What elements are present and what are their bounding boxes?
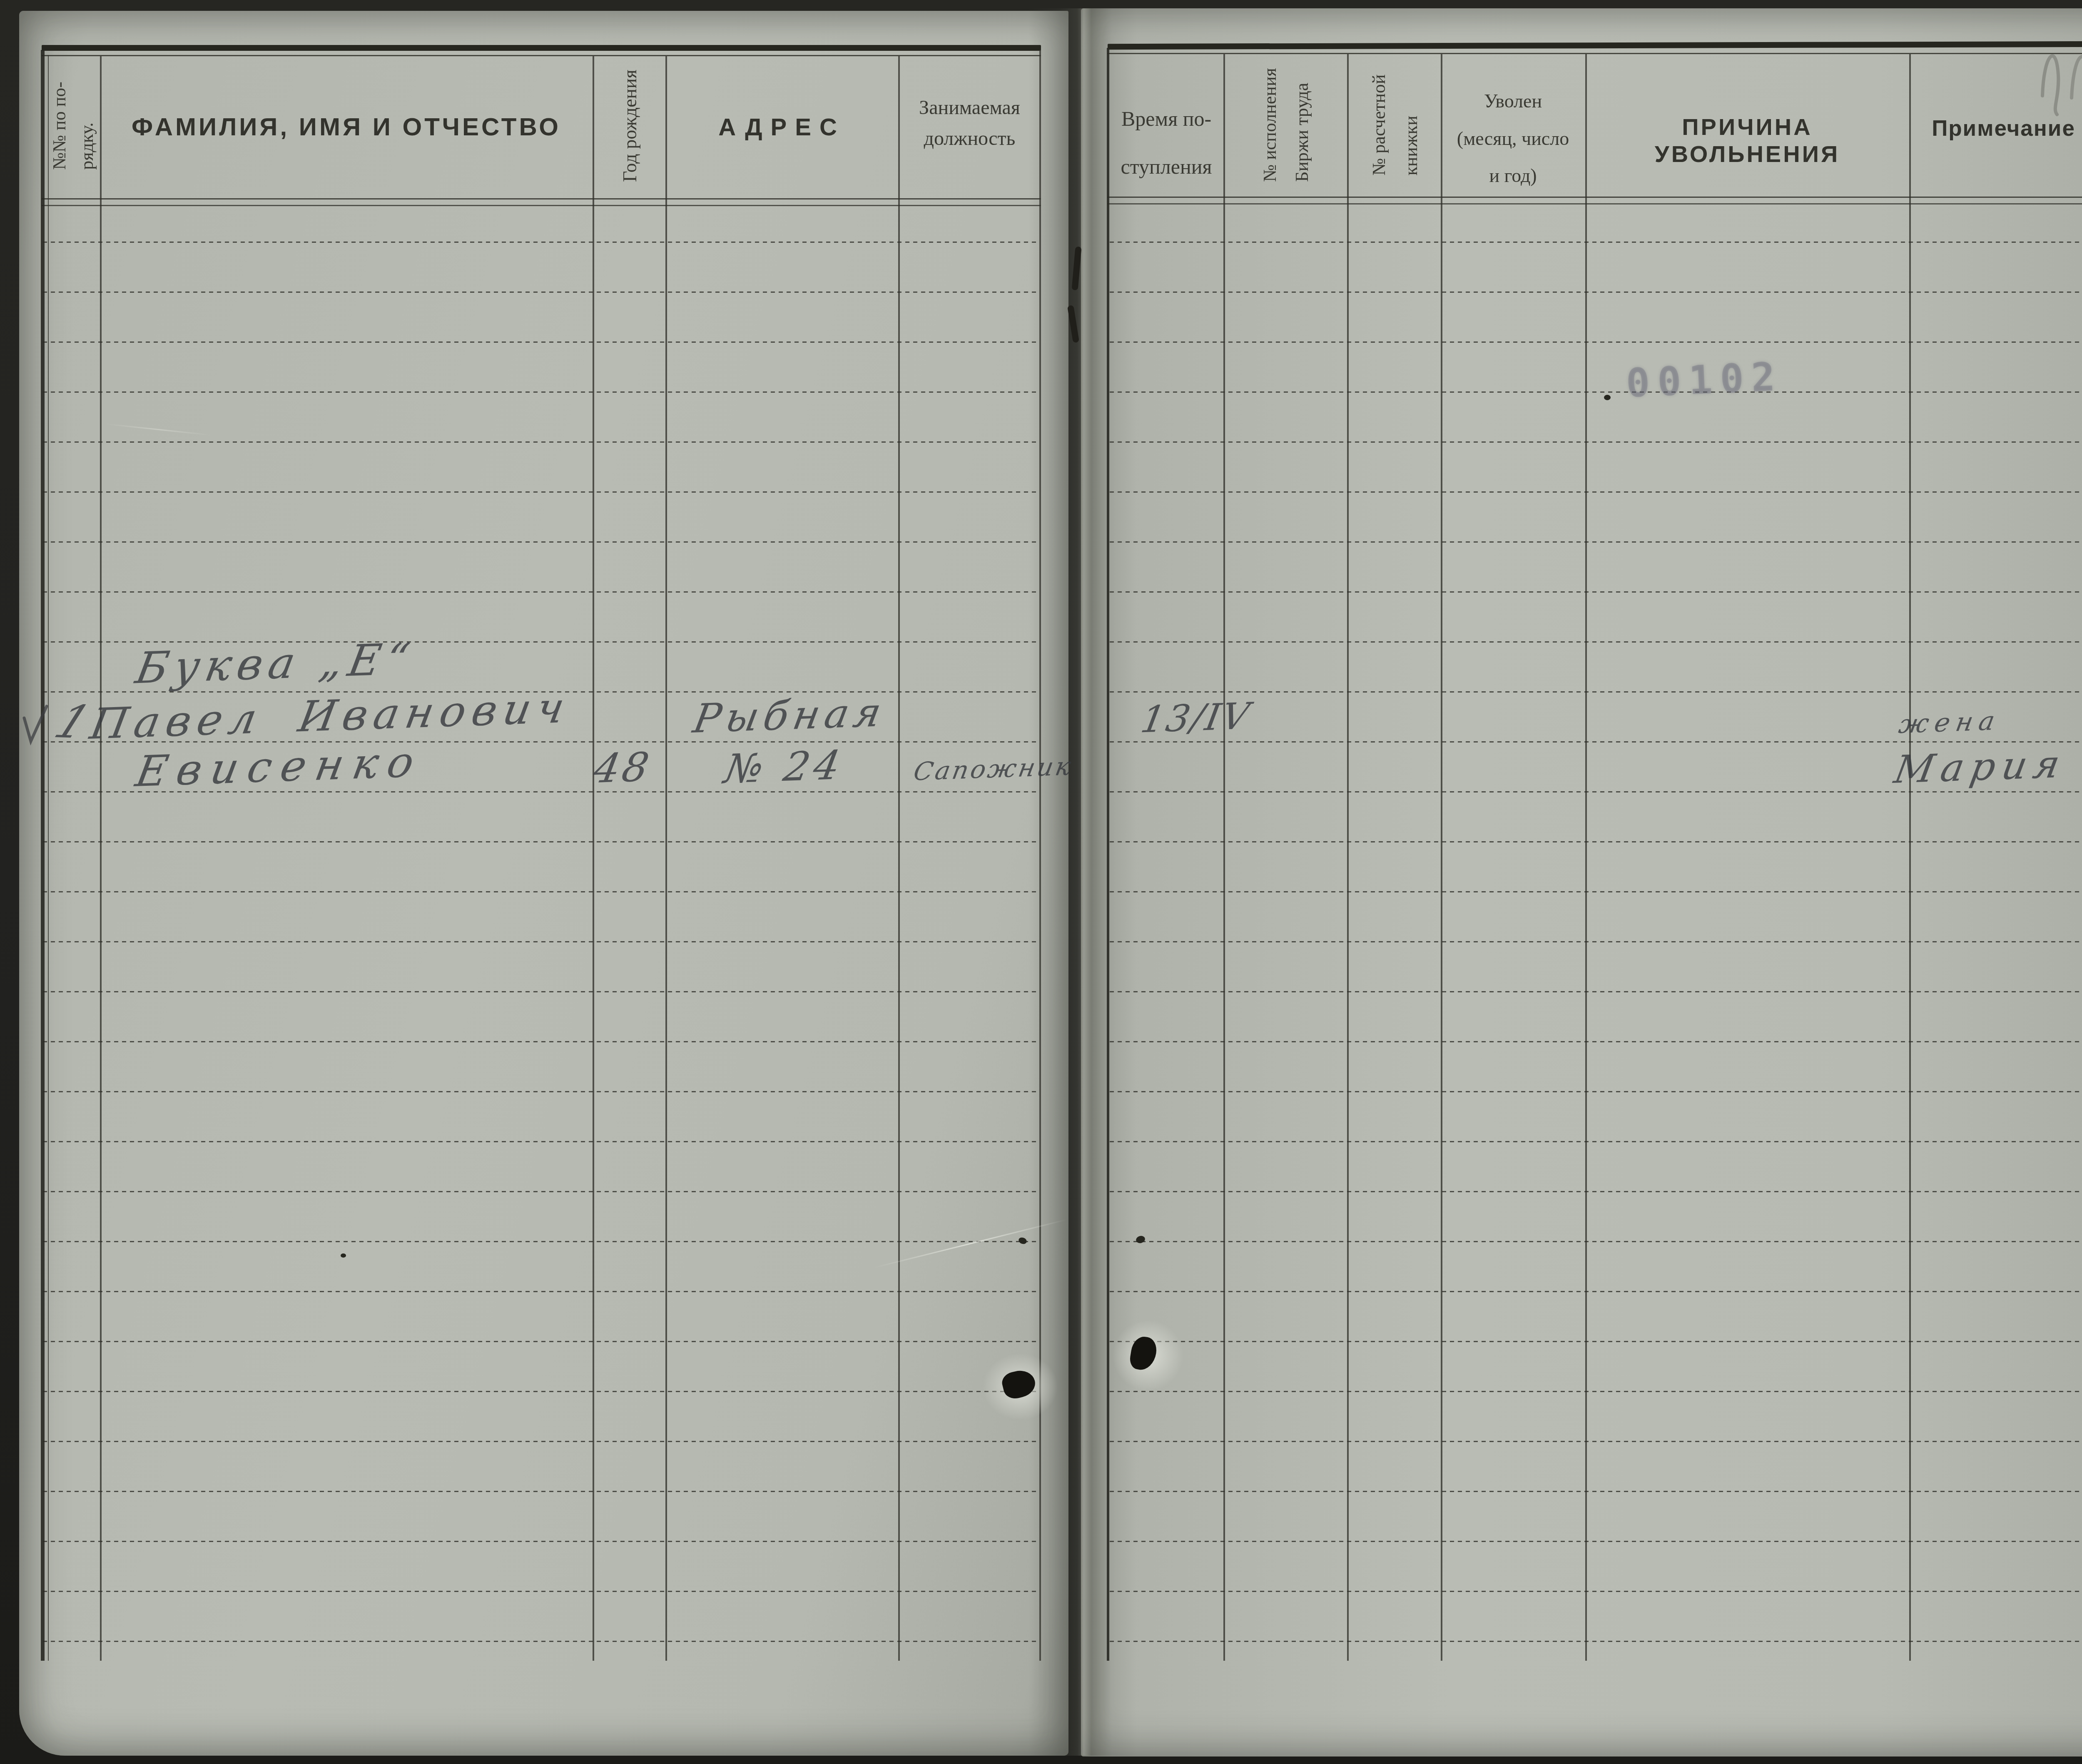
ink-speck-4 <box>1604 395 1611 400</box>
table-row-line <box>43 1191 1039 1192</box>
inventory-stamp-number: 00102 <box>1625 354 1783 406</box>
right-table-left-border <box>1107 48 1109 1661</box>
right-page-paper <box>1081 8 2082 1757</box>
table-row-line <box>1110 391 2082 393</box>
table-row-line <box>1110 1141 2082 1142</box>
table-column-line <box>898 56 900 1661</box>
table-row-line <box>43 292 1039 293</box>
table-row-line <box>43 1491 1039 1492</box>
column-header-address: АДРЕС <box>665 113 898 141</box>
table-row-line <box>43 1441 1039 1442</box>
table-row-line <box>1110 1091 2082 1092</box>
table-row-line <box>43 1291 1039 1292</box>
table-row-line <box>1110 591 2082 593</box>
right-table-top-rule <box>1108 53 2082 54</box>
table-column-line <box>1585 54 1587 1661</box>
table-row-line <box>1110 741 2082 742</box>
table-row-line <box>1110 991 2082 992</box>
table-row-line <box>1110 841 2082 842</box>
table-row-line <box>1110 341 2082 343</box>
column-header-dismissal-reason: ПРИЧИНА УВОЛЬНЕНИЯ <box>1585 113 1909 167</box>
order-no-line2: рядку. <box>73 82 101 170</box>
table-column-line <box>1441 54 1442 1661</box>
handwritten-birth-year: 48 <box>590 744 655 792</box>
column-header-full-name: ФАМИЛИЯ, ИМЯ И ОТЧЕСТВО <box>100 112 593 141</box>
left-table-left-border <box>41 50 45 1661</box>
table-column-line <box>665 56 667 1661</box>
table-row-line <box>43 941 1039 942</box>
table-row-line <box>1110 1191 2082 1192</box>
handwritten-section-letter: Буква „Е“ <box>132 633 419 693</box>
table-row-line <box>1110 441 2082 443</box>
table-row-line <box>43 541 1039 543</box>
table-row-line <box>1110 1041 2082 1042</box>
corner-pencil-mark <box>2032 25 2082 121</box>
table-column-line <box>1223 54 1225 1661</box>
ledger-spread-scan: №№ по по- рядку. ФАМИЛИЯ, ИМЯ И ОТЧЕСТВО… <box>0 0 2082 1764</box>
labor-exchange-line2: Биржи труда <box>1286 68 1318 182</box>
table-row-line <box>43 391 1039 393</box>
labor-exchange-line1: № исполнения <box>1254 68 1286 182</box>
table-row-line <box>43 1141 1039 1142</box>
left-table-left-inner-rule <box>48 55 49 1661</box>
table-column-line <box>1909 54 1911 1661</box>
handwritten-note-line2: Мария <box>1891 742 2070 792</box>
table-row-line <box>43 441 1039 443</box>
dismissed-line2: (месяц, число <box>1441 120 1585 157</box>
table-row-line <box>1110 541 2082 543</box>
handwritten-start-date: 13/IV <box>1138 694 1254 741</box>
pay-book-line2: книжки <box>1395 74 1427 175</box>
handwritten-address-line2: № 24 <box>721 742 848 792</box>
handwritten-note-line1: жена <box>1897 705 2003 739</box>
table-row-line <box>43 491 1039 493</box>
table-row-line <box>1110 1441 2082 1442</box>
column-header-position: Занимаемая должность <box>898 92 1041 154</box>
table-row-line <box>1110 1591 2082 1592</box>
table-row-line <box>43 1241 1039 1242</box>
table-row-line <box>1110 1341 2082 1342</box>
position-line1: Занимаемая <box>898 92 1041 123</box>
table-row-line <box>1110 1641 2082 1642</box>
column-header-pay-book-no: № расчетной книжки <box>1363 74 1427 175</box>
table-row-line <box>1110 791 2082 792</box>
table-row-line <box>43 591 1039 593</box>
table-row-line <box>43 1641 1039 1642</box>
left-table-top-border <box>42 45 1041 51</box>
left-table-top-rule <box>42 55 1041 56</box>
table-row-line <box>1110 691 2082 693</box>
table-row-line <box>43 1391 1039 1392</box>
table-row-line <box>43 242 1039 243</box>
order-no-line1: №№ по по- <box>46 82 73 170</box>
table-row-line <box>1110 1491 2082 1492</box>
left-header-bottom-rule <box>42 198 1041 206</box>
table-column-line <box>100 56 102 1661</box>
table-row-line <box>1110 891 2082 892</box>
table-row-line <box>43 891 1039 892</box>
left-page-paper <box>19 11 1068 1756</box>
column-header-order-no: №№ по по- рядку. <box>46 82 101 170</box>
table-row-line <box>43 1341 1039 1342</box>
handwritten-address-line1: Рыбная <box>690 689 890 742</box>
dismissed-line3: и год) <box>1441 157 1585 194</box>
table-row-line <box>43 991 1039 992</box>
table-row-line <box>43 841 1039 842</box>
binding-gutter <box>1029 8 1137 1756</box>
handwritten-name-line2: Евисенко <box>132 737 427 797</box>
handwritten-position: Сапожник <box>911 752 1075 786</box>
table-column-line <box>1347 54 1349 1661</box>
column-header-dismissed: Уволен (месяц, число и год) <box>1441 82 1585 194</box>
margin-check-icon <box>21 705 50 746</box>
table-row-line <box>1110 1291 2082 1292</box>
table-row-line <box>1110 292 2082 293</box>
table-row-line <box>43 341 1039 343</box>
table-row-line <box>1110 1241 2082 1242</box>
table-column-line <box>593 56 594 1661</box>
position-line2: должность <box>898 123 1041 154</box>
table-row-line <box>43 1041 1039 1042</box>
ink-speck-3 <box>341 1253 346 1258</box>
table-row-line <box>1110 941 2082 942</box>
table-row-line <box>1110 1391 2082 1392</box>
right-header-bottom-rule <box>1108 197 2082 204</box>
start-time-line1: Время по- <box>1110 95 1223 143</box>
table-row-line <box>1110 491 2082 493</box>
table-row-line <box>1110 242 2082 243</box>
start-time-line2: ступления <box>1110 143 1223 191</box>
column-header-start-time: Время по- ступления <box>1110 95 1223 191</box>
table-row-line <box>43 1541 1039 1542</box>
column-header-birth-year: Год рождения <box>619 70 641 182</box>
table-row-line <box>1110 1541 2082 1542</box>
table-row-line <box>43 1591 1039 1592</box>
column-header-labor-exchange-no: № исполнения Биржи труда <box>1254 68 1318 182</box>
pay-book-line1: № расчетной <box>1363 74 1395 175</box>
dismissed-line1: Уволен <box>1441 82 1585 120</box>
table-row-line <box>43 1091 1039 1092</box>
table-row-line <box>1110 641 2082 643</box>
